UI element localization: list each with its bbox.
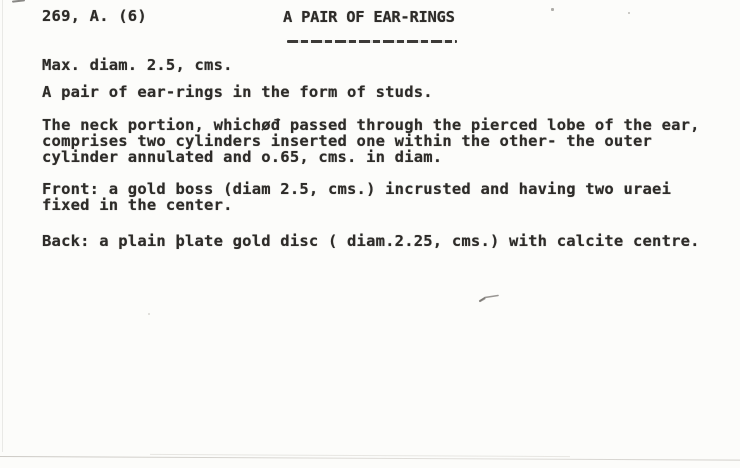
- card-left-edge: [2, 0, 3, 452]
- neck-paragraph: The neck portion, whichøđ passed through…: [42, 117, 700, 165]
- front-paragraph: Front: a gold boss (diam 2.5, cms.) incr…: [42, 181, 671, 213]
- pencil-mark: [478, 292, 500, 305]
- card-bottom-edge: [0, 456, 740, 461]
- max-diameter-line: Max. diam. 2.5, cms.: [42, 57, 233, 73]
- catalog-number: 269, A. (6): [42, 8, 147, 24]
- title-underline: [287, 40, 457, 43]
- page-title: A PAIR OF EAR-RINGS: [283, 9, 455, 25]
- scan-speck: [628, 12, 630, 14]
- back-paragraph: Back: a plain þlate gold disc ( diam.2.2…: [42, 233, 700, 249]
- summary-line: A pair of ear-rings in the form of studs…: [42, 84, 433, 100]
- scan-speck: [148, 313, 150, 315]
- scan-speck: [12, 0, 25, 3]
- catalog-card: 269, A. (6) A PAIR OF EAR-RINGS Max. dia…: [0, 0, 740, 468]
- scan-speck: [551, 8, 554, 11]
